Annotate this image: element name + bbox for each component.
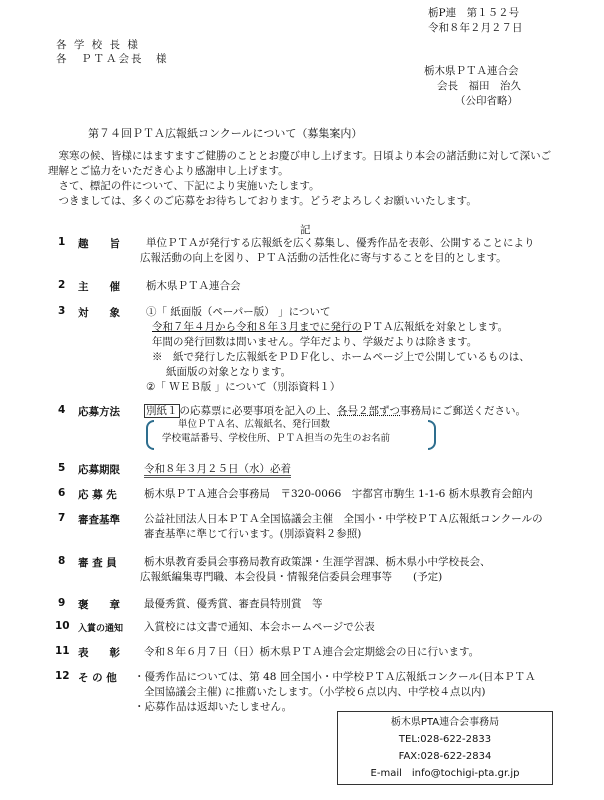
contact-box: 栃木県PTA連合会事務局 TEL:028-622-2833 FAX:028-62… — [337, 711, 553, 785]
section-number: 10 — [55, 620, 70, 632]
section-text: 単位ＰＴＡが発行する広報紙を広く募集し、優秀作品を表彰、公開することにより — [146, 236, 535, 251]
doc-date: 令和８年２月２７日 — [428, 21, 523, 36]
intro-line-3: さて、標記の件について、下記により実施いたします。 — [48, 179, 320, 194]
left-bracket — [146, 420, 154, 450]
section-text: 令和８年３月２５日（水）必着 — [144, 462, 291, 477]
section-number: 4 — [58, 404, 65, 416]
section-text: 広報活動の向上を図り、ＰＴＡ活動の活性化に寄与することを目的とします。 — [140, 251, 507, 266]
sender-name: 会長 福田 治久 — [437, 79, 521, 94]
section-label: 応募期限 — [78, 462, 120, 477]
ki-heading: 記 — [300, 222, 311, 237]
copies-note: 各号２部ずつ — [337, 405, 400, 417]
sender-seal-note: （公印省略） — [455, 94, 518, 109]
sender-org: 栃木県ＰＴＡ連合会 — [424, 64, 519, 79]
section-number: 7 — [58, 512, 65, 524]
contact-org: 栃木県PTA連合会事務局 — [338, 714, 552, 731]
section-text: 令和７年４月から令和８年３月までに発行のＰＴＡ広報紙を対象とします。 — [152, 320, 508, 335]
section-number: 6 — [58, 487, 65, 499]
section-text: 審査基準に準じて行います。(別添資料２参照) — [144, 527, 361, 542]
section-note: 紙面版の対象となります。 — [166, 365, 291, 380]
contact-email[interactable]: E-mail info@tochigi-pta.gr.jp — [338, 765, 552, 782]
section-text: ・優秀作品については、第 48 回全国小・中学校ＰＴＡ広報紙コンクール(日本ＰＴ… — [134, 670, 536, 685]
section-text: 公益社団法人日本ＰＴＡ全国協議会主催 全国小・中学校ＰＴＡ広報紙コンクールの — [144, 512, 543, 527]
section-label: 入賞の通知 — [78, 621, 123, 634]
intro-line-1: 寒寒の候、皆様にはますますご健勝のこととお慶び申し上げます。日頃より本会の諸活動… — [48, 149, 551, 164]
section-label: 審査基準 — [78, 512, 120, 527]
addressee-pta-presidents: 各 ＰＴＡ会長 様 — [56, 52, 169, 66]
section-number: 5 — [58, 462, 65, 474]
section-label: 表 彰 — [78, 645, 120, 660]
section-text: 最優秀賞、優秀賞、審査員特別賞 等 — [144, 597, 323, 612]
section-text: ①「 紙面版（ペーパー版） 」について — [146, 305, 330, 320]
section-number: 2 — [58, 279, 65, 291]
section-text: 別紙１の応募票に必要事項を記入の上、各号２部ずつ事務局にご郵送ください。 — [144, 404, 526, 419]
section-text: 栃木県教育委員会事務局教育政策課・生涯学習課、栃木県小中学校長会、 — [144, 555, 491, 570]
section-text-tail: ＰＴＡ広報紙を対象とします。 — [362, 321, 508, 333]
attachment-1-box: 別紙１ — [144, 404, 180, 418]
section-text: 栃木県ＰＴＡ連合会 — [146, 279, 241, 294]
contact-fax: FAX:028-622-2834 — [338, 748, 552, 765]
section-label: 主 催 — [78, 279, 120, 294]
section-number: 12 — [55, 670, 70, 682]
section-text: 年間の発行回数は問いません。学年だより、学級だよりは除きます。 — [152, 335, 477, 350]
section-label: 対 象 — [78, 305, 120, 320]
bracket-line: 学校電話番号、学校住所、ＰＴＡ担当の先生のお名前 — [162, 432, 390, 446]
doc-number: 栃P連 第１５２号 — [428, 6, 519, 21]
intro-line-4: つきましては、多くのご応募をお待ちしております。どうぞよろしくお願いいたします。 — [48, 194, 477, 209]
section-number: 11 — [55, 645, 70, 657]
required-fields-bracket: 単位ＰＴＡ名、広報紙名、発行回数 学校電話番号、学校住所、ＰＴＡ担当の先生のお名… — [146, 418, 436, 448]
section-label: 趣 旨 — [78, 236, 120, 251]
contact-tel: TEL:028-622-2833 — [338, 731, 552, 748]
intro-line-2: 理解とご協力をいただき心より感謝申し上げます。 — [48, 164, 289, 179]
section-text: ・応募作品は返却いたしません。 — [134, 700, 292, 715]
section-number: 3 — [58, 305, 65, 317]
bracket-line: 単位ＰＴＡ名、広報紙名、発行回数 — [178, 418, 330, 432]
addressee-principals: 各 学 校 長 様 — [56, 38, 140, 52]
section-label: 応 募 先 — [78, 487, 117, 502]
section-number: 1 — [58, 236, 65, 248]
section-text: 令和８年６月７日（日）栃木県ＰＴＡ連合会定期総会の日に行います。 — [144, 645, 479, 660]
section-number: 9 — [58, 597, 65, 609]
section-label: 褒 章 — [78, 597, 120, 612]
section-text: 入賞校には文書で通知、本会ホームページで公表 — [144, 620, 375, 635]
right-bracket — [428, 420, 436, 450]
section-note: ※ 紙で発行した広報紙をＰＤＦ化し、ホームページ上で公開しているものは、 — [152, 350, 530, 365]
section-label: そ の 他 — [78, 670, 117, 685]
section-label: 審 査 員 — [78, 555, 117, 570]
deadline-date: 令和８年３月２５日（水）必着 — [144, 463, 291, 478]
section-text: ②「 ＷＥＢ版 」について（別添資料１） — [146, 380, 340, 395]
page-title: 第７４回ＰＴＡ広報紙コンクールについて（募集案内） — [88, 125, 362, 141]
section-text: 広報紙編集専門職、本会役員・情報発信委員会理事等 (予定) — [140, 570, 442, 585]
underlined-period: 令和７年４月から令和８年３月までに発行の — [152, 321, 362, 333]
section-text: 事務局にご郵送ください。 — [400, 405, 526, 417]
section-text: 全国協議会主催) に推薦いたします。（小学校６点以内、中学校４点以内) — [144, 685, 485, 700]
section-label: 応募方法 — [78, 404, 120, 419]
section-text: の応募票に必要事項を記入の上、 — [180, 405, 338, 417]
section-text: 栃木県ＰＴＡ連合会事務局 〒320-0066 宇都宮市駒生 1-1-6 栃木県教… — [144, 487, 533, 502]
section-number: 8 — [58, 555, 65, 567]
